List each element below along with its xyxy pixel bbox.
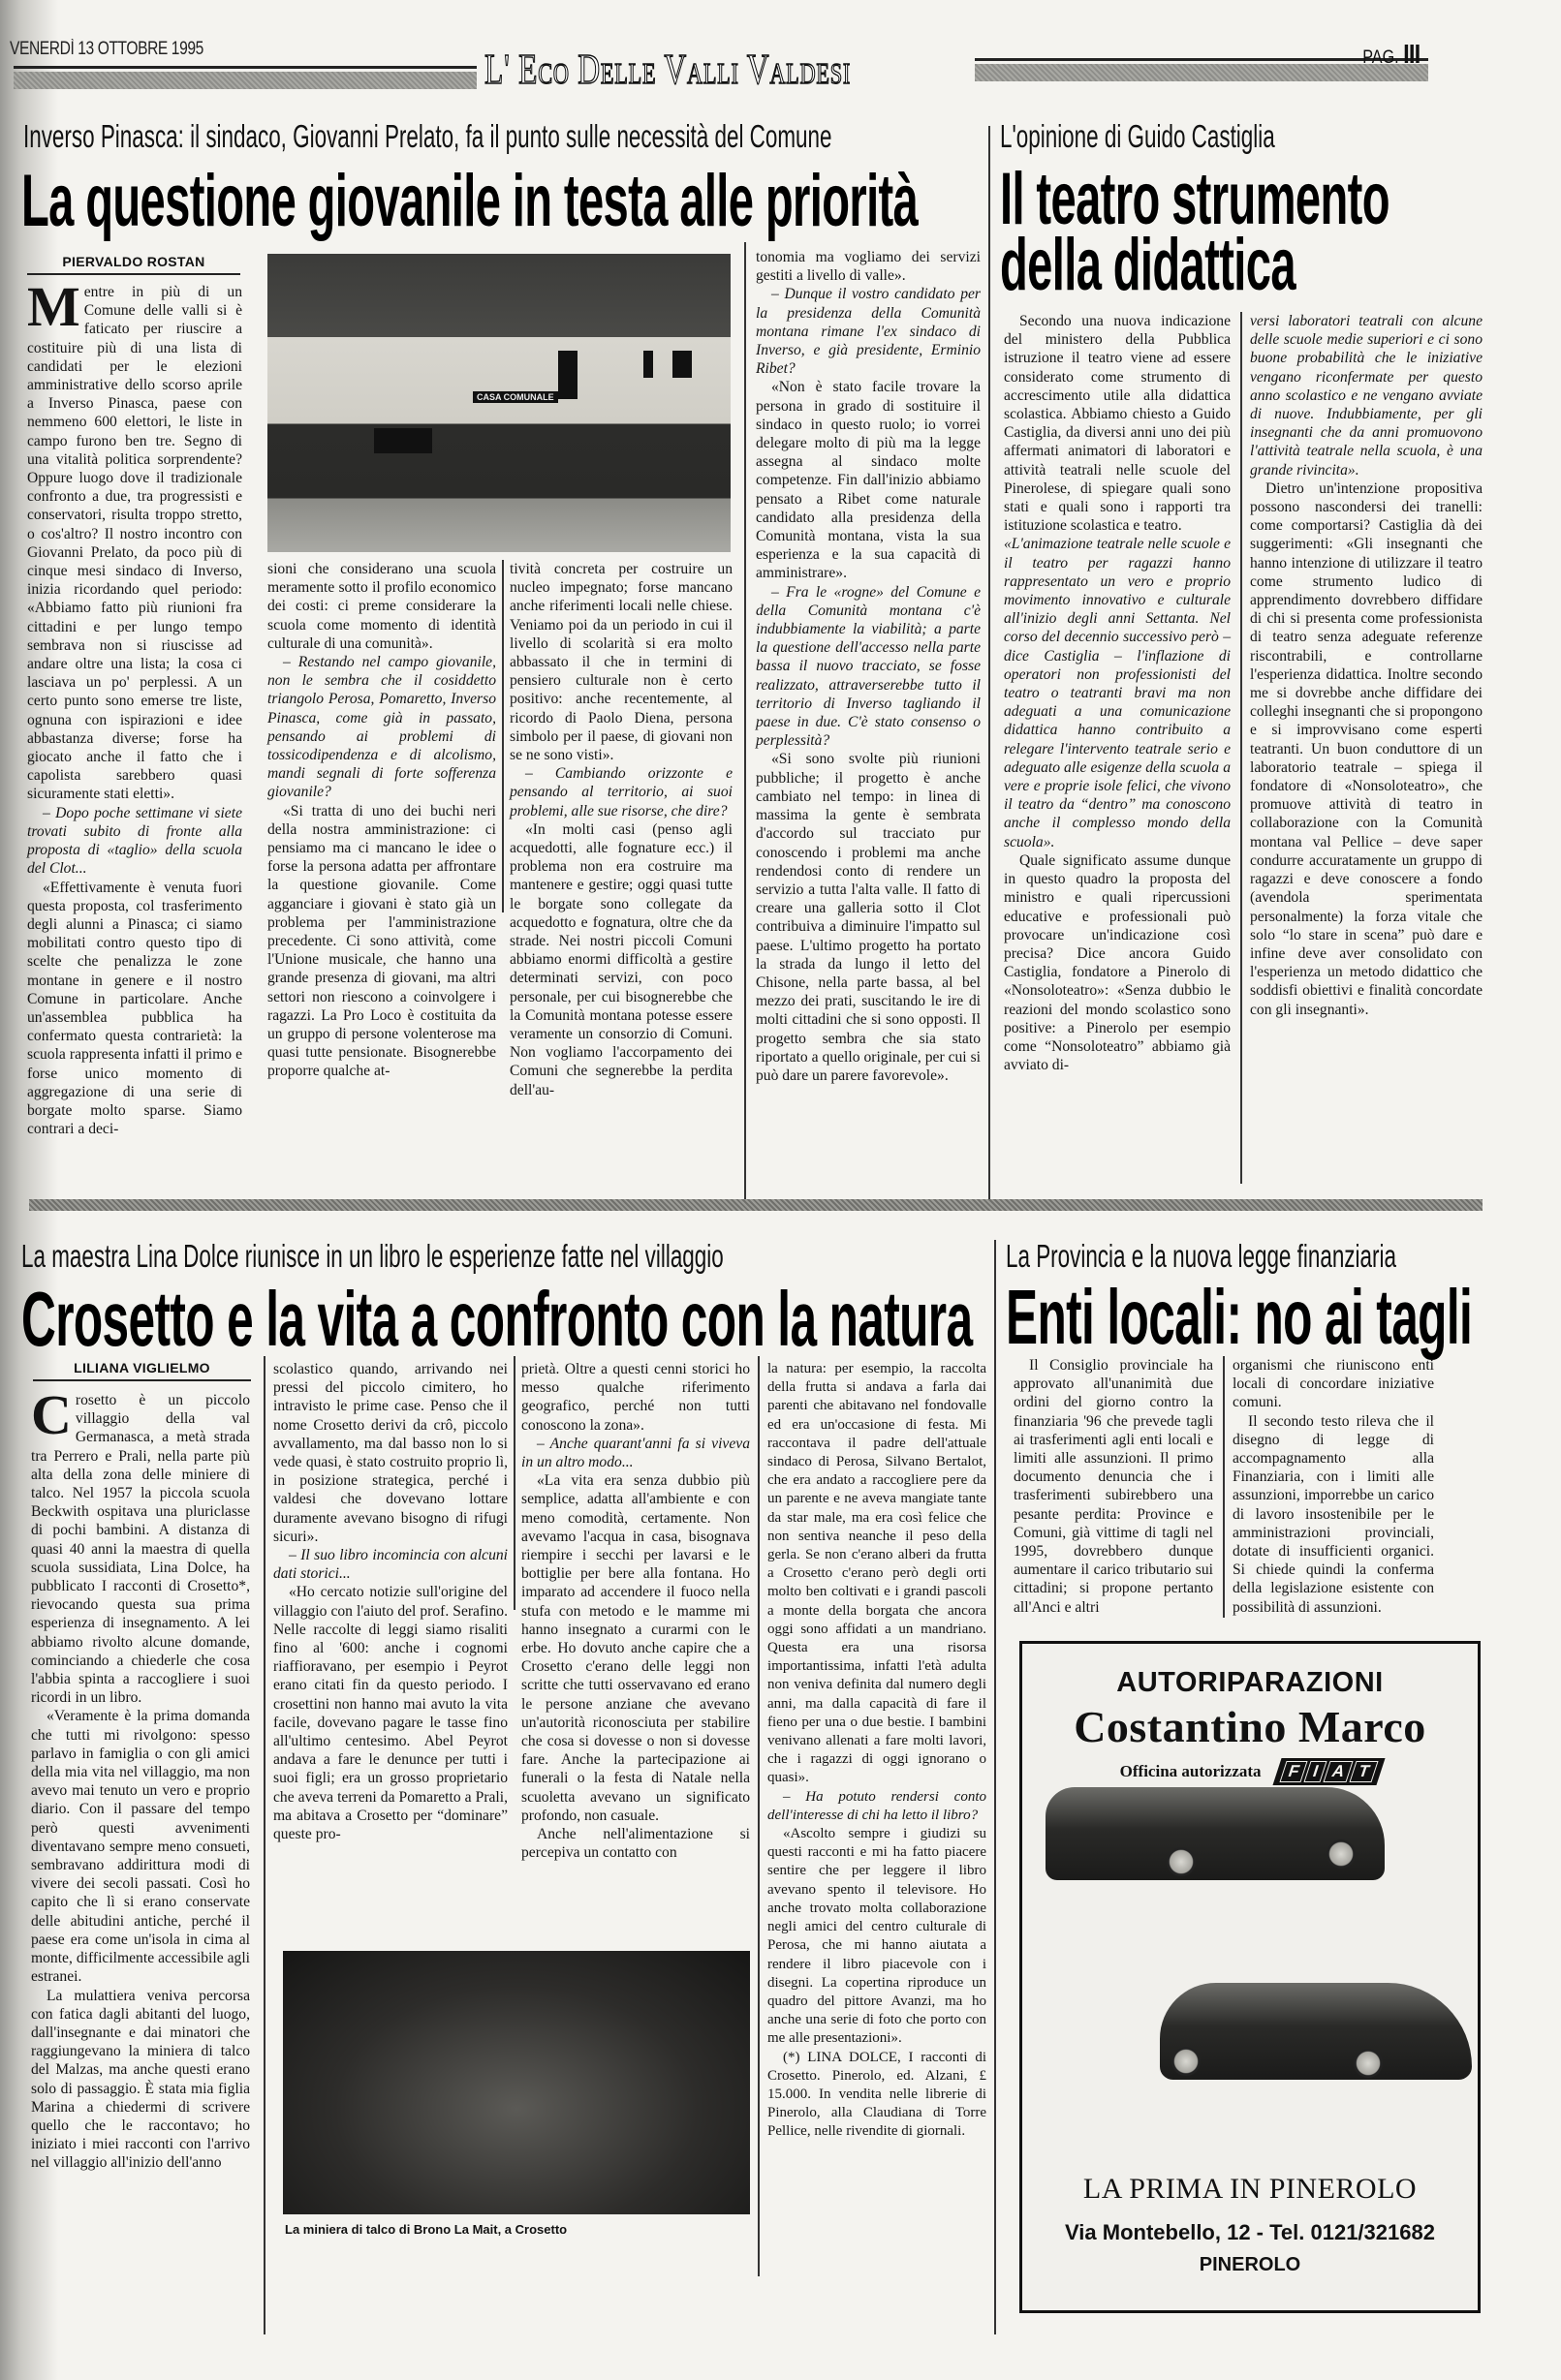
talc-mine-photo — [283, 1951, 750, 2214]
paragraph: «Veramente è la prima domanda che tutti … — [31, 1707, 250, 1986]
page-numeral: III — [1403, 39, 1420, 69]
ad-business-name: Costantino Marco — [1022, 1701, 1478, 1752]
column-rule — [264, 1356, 265, 2334]
section-rule — [988, 126, 990, 1211]
paragraph: «Non è stato facile trovare la persona i… — [756, 378, 981, 582]
article-1-column-1: Mentre in più di un Comune delle valli s… — [27, 283, 242, 1138]
fiat-logo: F I A T — [1272, 1758, 1385, 1785]
paragraph: Quale significato assume dunque in quest… — [1004, 851, 1231, 1074]
paragraph-text: sioni che considerano una scuola meramen… — [267, 561, 496, 652]
car-wheel — [1354, 2049, 1383, 2078]
article-1-column-3: tività concreta per costruire un nucleo … — [510, 560, 733, 1099]
interview-question: – Restando nel campo giovanile, non le s… — [267, 653, 496, 802]
paragraph-text: Anche nell'alimentazione si percepiva un… — [521, 1826, 750, 1861]
article-2-kicker: L'opinione di Guido Castiglia — [1000, 118, 1275, 155]
interview-question: – Cambiando orizzonte e pensando al terr… — [510, 764, 733, 820]
article-2-column-2: versi laboratori teatrali con alcune del… — [1250, 312, 1483, 1019]
paragraph-text: entre in più di un Comune delle valli si… — [27, 284, 242, 802]
paragraph: Il Consiglio provinciale ha approvato al… — [1014, 1356, 1213, 1617]
fiat-letter: T — [1349, 1761, 1378, 1782]
page-label: PAG. — [1363, 47, 1399, 68]
interview-question: – Dopo poche settimane vi siete trovati … — [27, 804, 242, 879]
article-3-kicker: La maestra Lina Dolce riunisce in un lib… — [21, 1238, 724, 1275]
paragraph-text: «Non è stato facile trovare la persona i… — [756, 379, 981, 581]
section-rule — [994, 1240, 996, 2334]
paragraph-text: – Dopo poche settimane vi siete trovati … — [27, 805, 242, 878]
paragraph: «Si tratta di uno dei buchi neri della n… — [267, 802, 496, 1081]
masthead-band-left — [14, 72, 477, 89]
article-3-column-2: scolastico quando, arrivando nei pressi … — [273, 1360, 508, 1843]
window-dark — [374, 428, 432, 453]
column-rule — [1223, 1356, 1225, 1618]
paragraph-text: tonomia ma vogliamo dei servizi gestiti … — [756, 249, 981, 284]
paragraph-text: Dietro un'intenzione propositiva possono… — [1250, 480, 1483, 1018]
paragraph-text: «In molti casi (penso agli acquedotti, a… — [510, 821, 733, 1098]
car-repair-advertisement: AUTORIPARAZIONI Costantino Marco Officin… — [1019, 1641, 1481, 2313]
article-4-headline: Enti locali: no ai tagli — [1006, 1279, 1472, 1356]
article-3-column-3: prietà. Oltre a questi cenni storici ho … — [521, 1360, 750, 1862]
paragraph-text: Il secondo testo rileva che il disegno d… — [1233, 1413, 1434, 1616]
article-1-kicker: Inverso Pinasca: il sindaco, Giovanni Pr… — [23, 118, 831, 155]
paragraph-text: «Veramente è la prima domanda che tutti … — [31, 1708, 250, 1985]
paragraph-text: Secondo una nuova indicazione del minist… — [1004, 313, 1231, 534]
paragraph: prietà. Oltre a questi cenni storici ho … — [521, 1360, 750, 1435]
paragraph: «In molti casi (penso agli acquedotti, a… — [510, 820, 733, 1099]
drop-cap: C — [31, 1393, 72, 1437]
article-4-column-2: organismi che riuniscono enti locali di … — [1233, 1356, 1434, 1617]
paragraph: Crosetto è un piccolo villaggio della va… — [31, 1391, 250, 1707]
paragraph: scolastico quando, arrivando nei pressi … — [273, 1360, 508, 1546]
paragraph-text: – Il suo libro incomincia con alcuni dat… — [273, 1547, 508, 1582]
ad-authorized-line: Officina autorizzata F I A T — [1022, 1758, 1478, 1785]
paragraph: sioni che considerano una scuola meramen… — [267, 560, 496, 653]
paragraph-text: organismi che riuniscono enti locali di … — [1233, 1357, 1434, 1410]
ad-slogan: LA PRIMA IN PINEROLO — [1022, 2173, 1478, 2206]
paragraph: tività concreta per costruire un nucleo … — [510, 560, 733, 764]
paragraph-text: versi laboratori teatrali con alcune del… — [1250, 313, 1483, 479]
section-divider-band — [29, 1199, 1483, 1211]
article-3-headline: Crosetto e la vita a confronto con la na… — [21, 1281, 972, 1358]
article-1-byline: PIERVALDO ROSTAN — [27, 254, 240, 275]
column-rule — [1240, 312, 1242, 1184]
paragraph: Secondo una nuova indicazione del minist… — [1004, 312, 1231, 535]
paragraph: La mulattiera veniva percorsa con fatica… — [31, 1987, 250, 2173]
paragraph-text: «Effettivamente è venuta fuori questa pr… — [27, 880, 242, 1138]
ad-address: Via Montebello, 12 - Tel. 0121/321682 — [1022, 2220, 1478, 2245]
paragraph-text: La mulattiera veniva percorsa con fatica… — [31, 1988, 250, 2172]
fiat-letter: F — [1279, 1761, 1308, 1782]
car-wheel — [1171, 2047, 1201, 2076]
paragraph-text: (*) LINA DOLCE, I racconti di Crosetto. … — [767, 2050, 986, 2140]
paragraph-text: «L'animazione teatrale nelle scuole e il… — [1004, 536, 1231, 850]
column-rule — [502, 560, 504, 912]
paragraph-text: scolastico quando, arrivando nei pressi … — [273, 1361, 508, 1545]
paragraph-text: la natura: per esempio, la raccolta dell… — [767, 1361, 986, 1785]
column-rule — [744, 242, 746, 1211]
ad-authorized-text: Officina autorizzata — [1120, 1762, 1262, 1781]
hatchback-car-image — [1160, 1983, 1472, 2080]
interview-question: – Ha potuto rendersi conto dell'interess… — [767, 1788, 986, 1825]
column-rule — [514, 1356, 515, 1610]
column-rule — [758, 1356, 760, 2276]
paragraph: «Effettivamente è venuta fuori questa pr… — [27, 879, 242, 1139]
paragraph-text: prietà. Oltre a questi cenni storici ho … — [521, 1361, 750, 1434]
paragraph-text: – Fra le «rogne» del Comune e della Comu… — [756, 584, 981, 750]
paragraph: «Ho cercato notizie sull'origine del vil… — [273, 1583, 508, 1843]
masthead-rule-left — [14, 66, 477, 69]
paragraph: Il secondo testo rileva che il disegno d… — [1233, 1412, 1434, 1617]
paragraph-text: Il Consiglio provinciale ha approvato al… — [1014, 1357, 1213, 1616]
article-1-column-2: sioni che considerano una scuola meramen… — [267, 560, 496, 1081]
paragraph-text: – Anche quarant'anni fa si viveva in un … — [521, 1436, 750, 1470]
car-wheel — [1327, 1839, 1356, 1869]
newspaper-masthead: L' Eco Delle Valli Valdesi — [484, 45, 851, 94]
paragraph: organismi che riuniscono enti locali di … — [1233, 1356, 1434, 1412]
page-number: PAG. III — [1363, 39, 1421, 70]
interview-question: – Dunque il vostro candidato per la pres… — [756, 285, 981, 378]
paragraph-text: «Si tratta di uno dei buchi neri della n… — [267, 803, 496, 1080]
town-hall-photo: CASA COMUNALE — [267, 254, 731, 552]
ad-category: AUTORIPARAZIONI — [1022, 1667, 1478, 1699]
drop-cap: M — [27, 285, 80, 329]
article-2-column-1: Secondo una nuova indicazione del minist… — [1004, 312, 1231, 1074]
station-wagon-car-image — [1046, 1787, 1385, 1880]
paragraph: tonomia ma vogliamo dei servizi gestiti … — [756, 248, 981, 285]
paragraph: «Ascolto sempre i giudizi su questi racc… — [767, 1825, 986, 2048]
talc-mine-photo-caption: La miniera di talco di Brono La Mait, a … — [285, 2222, 567, 2237]
paragraph-text: «Ho cercato notizie sull'origine del vil… — [273, 1584, 508, 1842]
article-4-kicker: La Provincia e la nuova legge finanziari… — [1006, 1238, 1396, 1275]
paragraph: (*) LINA DOLCE, I racconti di Crosetto. … — [767, 2049, 986, 2142]
ad-city: PINEROLO — [1022, 2254, 1478, 2276]
masthead-rule-right — [975, 58, 1428, 61]
article-1-column-4: tonomia ma vogliamo dei servizi gestiti … — [756, 248, 981, 1085]
article-3-column-4: la natura: per esempio, la raccolta dell… — [767, 1360, 986, 2142]
paragraph: «Si sono svolte più riunioni pubbliche; … — [756, 750, 981, 1085]
paragraph-text: – Ha potuto rendersi conto dell'interess… — [767, 1789, 986, 1823]
article-2-headline-line-2: della didattica — [1000, 229, 1296, 302]
paragraph-text: – Cambiando orizzonte e pensando al terr… — [510, 765, 733, 819]
article-3-column-1: Crosetto è un piccolo villaggio della va… — [31, 1391, 250, 2173]
paragraph-text: – Dunque il vostro candidato per la pres… — [756, 286, 981, 377]
paragraph: la natura: per esempio, la raccolta dell… — [767, 1360, 986, 1788]
article-4-column-1: Il Consiglio provinciale ha approvato al… — [1014, 1356, 1213, 1617]
paragraph-text: «Si sono svolte più riunioni pubbliche; … — [756, 751, 981, 1083]
masthead-band-right — [975, 64, 1428, 81]
paragraph-text: – Restando nel campo giovanile, non le s… — [267, 654, 496, 800]
window-dark — [558, 351, 578, 399]
paragraph: Mentre in più di un Comune delle valli s… — [27, 283, 242, 804]
window-dark — [672, 351, 692, 378]
paragraph-text: «Ascolto sempre i giudizi su questi racc… — [767, 1826, 986, 2046]
interview-question: versi laboratori teatrali con alcune del… — [1250, 312, 1483, 479]
fiat-letter: A — [1323, 1761, 1353, 1782]
interview-question: «L'animazione teatrale nelle scuole e il… — [1004, 535, 1231, 850]
window-dark — [643, 351, 653, 378]
interview-question: – Il suo libro incomincia con alcuni dat… — [273, 1546, 508, 1583]
article-3-byline: LILIANA VIGLIELMO — [33, 1360, 251, 1381]
casa-comunale-sign: CASA COMUNALE — [473, 391, 558, 403]
paragraph: Anche nell'alimentazione si percepiva un… — [521, 1825, 750, 1862]
paragraph-text: Quale significato assume dunque in quest… — [1004, 852, 1231, 1073]
paragraph-text: tività concreta per costruire un nucleo … — [510, 561, 733, 763]
interview-question: – Anche quarant'anni fa si viveva in un … — [521, 1435, 750, 1471]
paragraph-text: «La vita era senza dubbio più semplice, … — [521, 1472, 750, 1824]
paragraph: Dietro un'intenzione propositiva possono… — [1250, 479, 1483, 1019]
interview-question: – Fra le «rogne» del Comune e della Comu… — [756, 583, 981, 751]
issue-date: VENERDÌ 13 OTTOBRE 1995 — [10, 39, 203, 60]
car-wheel — [1167, 1847, 1196, 1876]
article-1-headline: La questione giovanile in testa alle pri… — [21, 165, 918, 238]
paragraph: «La vita era senza dubbio più semplice, … — [521, 1471, 750, 1825]
